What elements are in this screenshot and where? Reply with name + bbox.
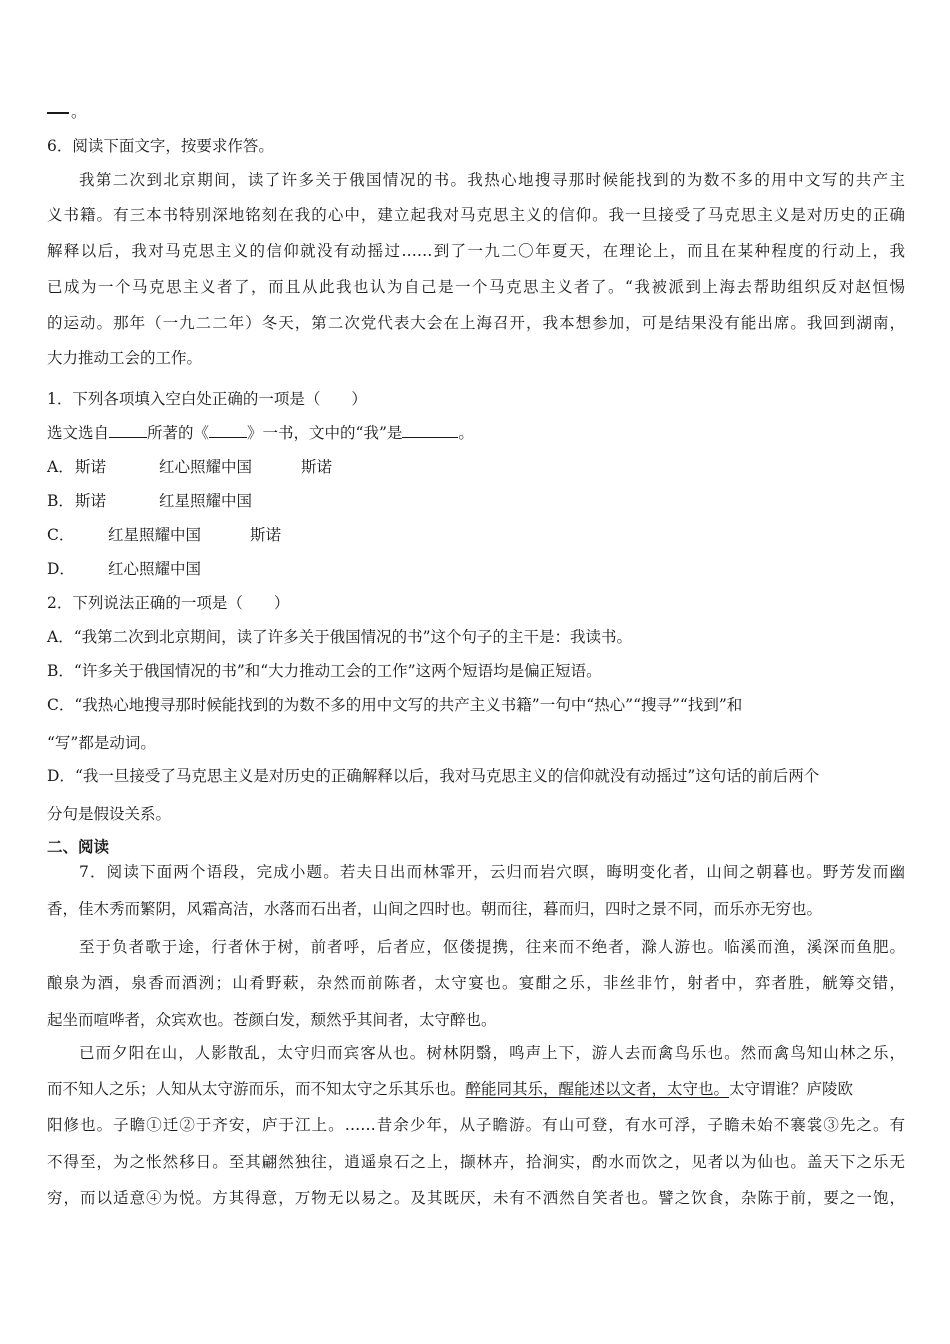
option-col: 红星照耀中国 [108,525,250,545]
punctuation: 。 [71,103,87,121]
option-text: “许多关于俄国情况的书”和“大力推动工会的工作”这两个短语均是偏正短语。 [74,662,602,680]
q6-passage-line: 义书籍。有三本书特别深地铭刻在我的心中，建立起我对马克思主义的信仰。我一旦接受了… [47,205,905,225]
option-label: A． [47,628,74,646]
q7-line: 起坐而喧哗者，众宾欢也。苍颜白发，颓然乎其间者，太守醉也。 [47,1010,497,1030]
answer-blank [209,423,247,438]
q6-passage-line: 已成为一个马克思主义者了，而且从此我也认为自己是一个马克思主义者了。“我被派到上… [47,277,905,297]
q7-line: 穷，而以适意④为悦。方其得意，万物无以易之。及其既厌，未有不洒然自笑者也。譬之饮… [47,1188,905,1208]
fill-text: 。 [458,424,474,442]
option-col: 斯诺 [75,491,159,511]
option-label: C． [47,525,108,545]
q6-sub2-option-d[interactable]: D．“我一旦接受了马克思主义是对历史的正确解释以后，我对马克思主义的信仰就没有动… [47,766,819,786]
option-text: “我热心地搜寻那时候能找到的为数不多的用中文写的共产主义书籍”一句中“热心”“搜… [74,696,742,714]
q6-sub1-fill-sentence: 选文选自所著的《》一书，文中的“我”是。 [47,423,474,443]
fill-text: 》一书，文中的“我”是 [247,424,402,442]
q6-sub2-option-b[interactable]: B．“许多关于俄国情况的书”和“大力推动工会的工作”这两个短语均是偏正短语。 [47,661,602,681]
q7-line-with-underline: 而不知人之乐；人知从太守游而乐，而不知太守之乐其乐也。醉能同其乐，醒能述以文者，… [47,1079,853,1099]
q7-text: 太守谓谁？庐陵欧 [729,1080,853,1098]
q7-line: 至于负者歌于途，行者休于树，前者呼，后者应，伛偻提携，往来而不绝者，滁人游也。临… [47,937,905,957]
q7-text: 而不知人之乐；人知从太守游而乐，而不知太守之乐其乐也。 [47,1080,466,1098]
q6-sub1-stem: 1．下列各项填入空白处正确的一项是（ ） [47,389,367,409]
q6-sub1-option-b[interactable]: B．斯诺红星照耀中国 [47,491,301,511]
q6-passage-line: 大力推动工会的工作。 [47,348,202,368]
q7-line: 不得至，为之怅然移日。至其翩然独往，逍遥泉石之上，撷林卉，拾涧实，酌水而饮之，见… [47,1152,905,1172]
q7-line: 阳修也。子瞻①迁②于齐安，庐于江上。……昔余少年，从子瞻游。有山可登，有水可浮，… [47,1115,905,1135]
answer-blank [47,112,69,114]
option-label: D． [47,559,108,579]
q7-line: 酿泉为酒，泉香而酒洌；山肴野蔌，杂然而前陈者，太守宴也。宴酣之乐，非丝非竹，射者… [47,973,905,993]
option-col: 斯诺 [250,525,281,545]
q6-sub2-option-c[interactable]: C．“我热心地搜寻那时候能找到的为数不多的用中文写的共产主义书籍”一句中“热心”… [47,695,742,715]
answer-blank [109,423,147,438]
q6-passage-line: 我第二次到北京期间，读了许多关于俄国情况的书。我热心地搜寻那时候能找到的为数不多… [47,170,905,190]
option-col: 红心照耀中国 [159,457,301,477]
q6-sub2-option-c-continued: “写”都是动词。 [47,733,156,753]
answer-blank [402,423,458,438]
option-label: A． [47,457,75,477]
option-col: 斯诺 [301,457,332,477]
q7-line: 香，佳木秀而繁阴，风霜高洁，水落而石出者，山间之四时也。朝而往，暮而归，四时之景… [47,899,822,919]
question-6-heading: 6．阅读下面文字，按要求作答。 [47,136,274,156]
q6-sub1-option-c[interactable]: C．红星照耀中国斯诺 [47,525,281,545]
option-text: “我一旦接受了马克思主义是对历史的正确解释以后，我对马克思主义的信仰就没有动摇过… [75,767,819,785]
option-label: B． [47,662,74,680]
option-text: “我第二次到北京期间，读了许多关于俄国情况的书”这个句子的主干是：我读书。 [74,628,632,646]
q6-sub1-option-d[interactable]: D．红心照耀中国 [47,559,201,579]
option-col: 红星照耀中国 [159,491,301,511]
option-label: C． [47,696,74,714]
fill-text: 选文选自 [47,424,109,442]
q6-sub1-option-a[interactable]: A．斯诺红心照耀中国斯诺 [47,457,332,477]
q6-sub2-stem: 2．下列说法正确的一项是（ ） [47,593,289,613]
section-heading-reading: 二、阅读 [47,837,109,857]
option-label: B． [47,491,75,511]
q6-passage-line: 的运动。那年（一九二二年）冬天，第二次党代表大会在上海召开，我本想参加，可是结果… [47,313,905,333]
fill-text: 所著的《 [147,424,209,442]
previous-answer-blank-line: 。 [47,102,87,122]
q7-line: 已而夕阳在山，人影散乱，太守归而宾客从也。树林阴翳，鸣声上下，游人去而禽鸟乐也。… [47,1043,905,1063]
option-col: 斯诺 [75,457,159,477]
option-label: D． [47,767,75,785]
q6-passage-line: 解释以后，我对马克思主义的信仰就没有动摇过……到了一九二〇年夏天，在理论上，而且… [47,241,905,261]
option-col: 红心照耀中国 [108,559,201,579]
q7-line: 7．阅读下面两个语段，完成小题。若夫日出而林霏开，云归而岩穴暝，晦明变化者，山间… [47,862,905,882]
underlined-sentence: 醉能同其乐，醒能述以文者，太守也。 [466,1080,730,1098]
q6-sub2-option-d-continued: 分句是假设关系。 [47,804,171,824]
q6-sub2-option-a[interactable]: A．“我第二次到北京期间，读了许多关于俄国情况的书”这个句子的主干是：我读书。 [47,627,632,647]
